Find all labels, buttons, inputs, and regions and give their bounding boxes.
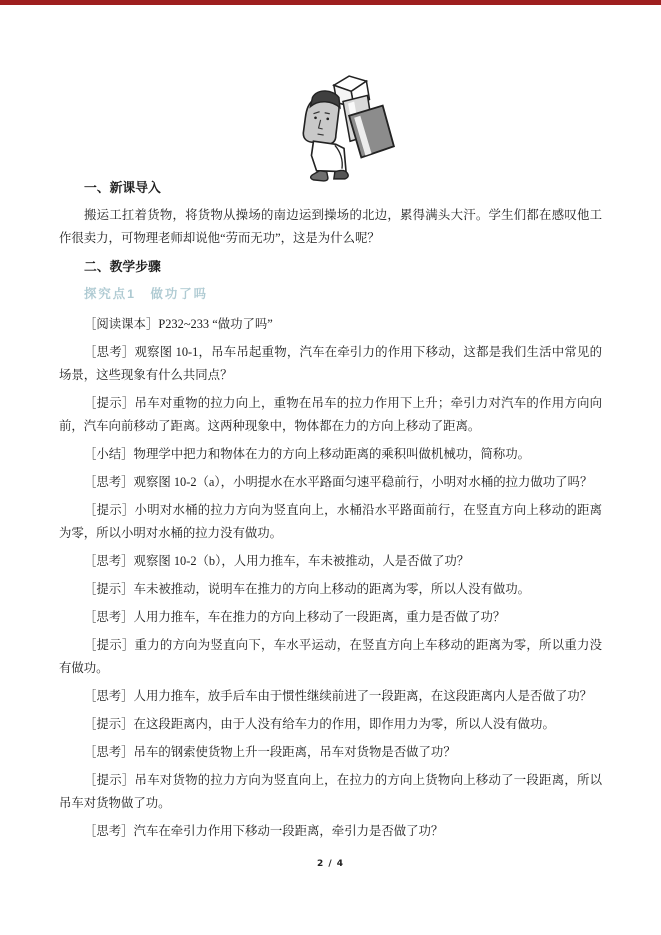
- document-content: 一、新课导入 搬运工扛着货物，将货物从操场的南边运到操场的北边，累得满头大汗。学…: [59, 176, 602, 848]
- lesson-paragraph-hint: ［提示］车未被推动，说明车在推力的方向上移动的距离为零，所以人没有做功。: [59, 578, 602, 601]
- lesson-paragraph-think: ［思考］观察图 10-1，吊车吊起重物，汽车在牵引力的作用下移动，这都是我们生活…: [59, 341, 602, 387]
- section-heading-teaching-steps: 二、教学步骤: [59, 255, 602, 278]
- lesson-paragraph-hint: ［提示］小明对水桶的拉力方向为竖直向上，水桶沿水平路面前行，在竖直方向上移动的距…: [59, 499, 602, 545]
- page-number: 2 / 4: [0, 859, 661, 869]
- lesson-paragraph-hint: ［提示］吊车对货物的拉力方向为竖直向上，在拉力的方向上货物向上移动了一段距离，所…: [59, 769, 602, 815]
- lesson-paragraph-hint: ［提示］在这段距离内，由于人没有给车力的作用，即作用力为零，所以人没有做功。: [59, 713, 602, 736]
- lesson-paragraph-think: ［思考］观察图 10-2（b），人用力推车，车未被推动，人是否做了功？: [59, 550, 602, 573]
- lesson-paragraph-summary: ［小结］物理学中把力和物体在力的方向上移动距离的乘积叫做机械功，简称功。: [59, 443, 602, 466]
- lesson-paragraph-read-textbook: ［阅读课本］P232~233 “做功了吗”: [59, 313, 602, 336]
- lesson-paragraph-think: ［思考］汽车在牵引力作用下移动一段距离，牵引力是否做了功？: [59, 820, 602, 843]
- section-heading-new-lesson: 一、新课导入: [59, 176, 602, 199]
- lesson-paragraph-think: ［思考］人用力推车，放手后车由于惯性继续前进了一段距离，在这段距离内人是否做了功…: [59, 685, 602, 708]
- porter-cartoon-illustration: [286, 74, 400, 184]
- explore-point-heading: 探究点1 做功了吗: [59, 283, 602, 306]
- page-top-rule: [0, 0, 661, 5]
- intro-paragraph: 搬运工扛着货物，将货物从操场的南边运到操场的北边，累得满头大汗。学生们都在感叹他…: [59, 204, 602, 250]
- lesson-paragraph-think: ［思考］吊车的钢索使货物上升一段距离，吊车对货物是否做了功？: [59, 741, 602, 764]
- lesson-paragraph-think: ［思考］观察图 10-2（a），小明提水在水平路面匀速平稳前行，小明对水桶的拉力…: [59, 471, 602, 494]
- porter-cartoon-svg: [286, 74, 400, 184]
- lesson-paragraph-hint: ［提示］重力的方向为竖直向下，车水平运动，在竖直方向上车移动的距离为零，所以重力…: [59, 634, 602, 680]
- lesson-paragraph-think: ［思考］人用力推车，车在推力的方向上移动了一段距离，重力是否做了功？: [59, 606, 602, 629]
- lesson-paragraph-hint: ［提示］吊车对重物的拉力向上，重物在吊车的拉力作用下上升；牵引力对汽车的作用方向…: [59, 392, 602, 438]
